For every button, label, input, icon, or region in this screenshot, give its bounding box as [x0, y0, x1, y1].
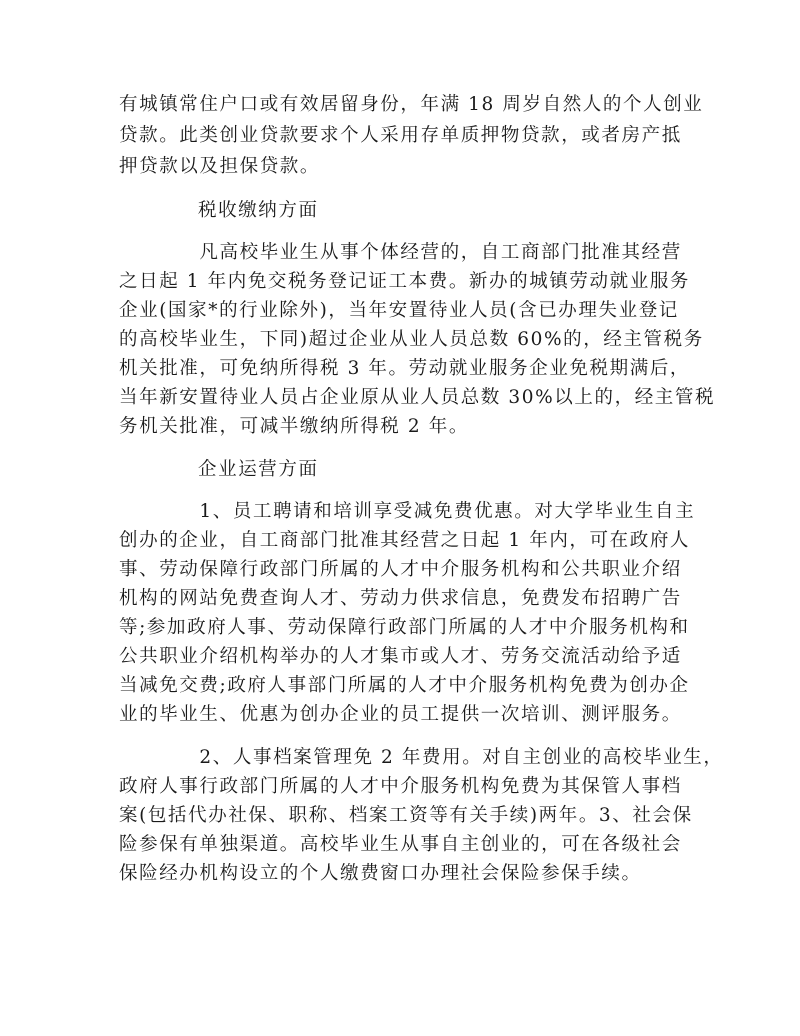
text-line: 政府人事行政部门所属的人才中介服务机构免费为其保管人事档 [119, 772, 679, 801]
document-page: 有城镇常住户口或有效居留身份，年满 18 周岁自然人的个人创业 贷款。此类创业贷… [0, 0, 800, 1036]
text-line: 的高校毕业生，下同)超过企业从业人员总数 60%的，经主管税务 [119, 325, 679, 354]
text-line: 当年新安置待业人员占企业原从业人员总数 30%以上的，经主管税 [119, 383, 679, 412]
text-line: 业的毕业生、优惠为创办企业的员工提供一次培训、测评服务。 [119, 700, 679, 729]
text-line: 有城镇常住户口或有效居留身份，年满 18 周岁自然人的个人创业 [119, 89, 679, 120]
text-line: 凡高校毕业生从事个体经营的，自工商部门批准其经营 [119, 238, 679, 267]
text-line: 贷款。此类创业贷款要求个人采用存单质押物贷款，或者房产抵 [119, 120, 679, 151]
text-line: 务机关批准，可减半缴纳所得税 2 年。 [119, 412, 679, 441]
text-line: 押贷款以及担保贷款。 [119, 151, 679, 182]
section-heading-tax: 税收缴纳方面 [198, 196, 319, 225]
text-line: 公共职业介绍机构举办的人才集市或人才、劳务交流活动给予适 [119, 642, 679, 671]
text-line: 当减免交费;政府人事部门所属的人才中介服务机构免费为创办企 [119, 671, 679, 700]
text-line: 企业(国家*的行业除外)，当年安置待业人员(含已办理失业登记 [119, 296, 679, 325]
text-line: 保险经办机构设立的个人缴费窗口办理社会保险参保手续。 [119, 859, 679, 888]
paragraph-item-2: 2、人事档案管理免 2 年费用。对自主创业的高校毕业生， 政府人事行政部门所属的… [119, 743, 679, 888]
text-line: 创办的企业，自工商部门批准其经营之日起 1 年内，可在政府人 [119, 526, 679, 555]
text-line: 险参保有单独渠道。高校毕业生从事自主创业的，可在各级社会 [119, 830, 679, 859]
text-line: 1、员工聘请和培训享受减免费优惠。对大学毕业生自主 [119, 497, 679, 526]
paragraph-item-1: 1、员工聘请和培训享受减免费优惠。对大学毕业生自主 创办的企业，自工商部门批准其… [119, 497, 679, 729]
section-heading-operation: 企业运营方面 [198, 455, 319, 484]
paragraph-personal-loan: 有城镇常住户口或有效居留身份，年满 18 周岁自然人的个人创业 贷款。此类创业贷… [119, 89, 679, 182]
text-line: 等;参加政府人事、劳动保障行政部门所属的人才中介服务机构和 [119, 613, 679, 642]
text-line: 机构的网站免费查询人才、劳动力供求信息，免费发布招聘广告 [119, 584, 679, 613]
text-line: 2、人事档案管理免 2 年费用。对自主创业的高校毕业生， [119, 743, 679, 772]
text-line: 案(包括代办社保、职称、档案工资等有关手续)两年。3、社会保 [119, 801, 679, 830]
text-line: 机关批准，可免纳所得税 3 年。劳动就业服务企业免税期满后， [119, 354, 679, 383]
paragraph-tax: 凡高校毕业生从事个体经营的，自工商部门批准其经营 之日起 1 年内免交税务登记证… [119, 238, 679, 441]
text-line: 之日起 1 年内免交税务登记证工本费。新办的城镇劳动就业服务 [119, 267, 679, 296]
text-line: 事、劳动保障行政部门所属的人才中介服务机构和公共职业介绍 [119, 555, 679, 584]
